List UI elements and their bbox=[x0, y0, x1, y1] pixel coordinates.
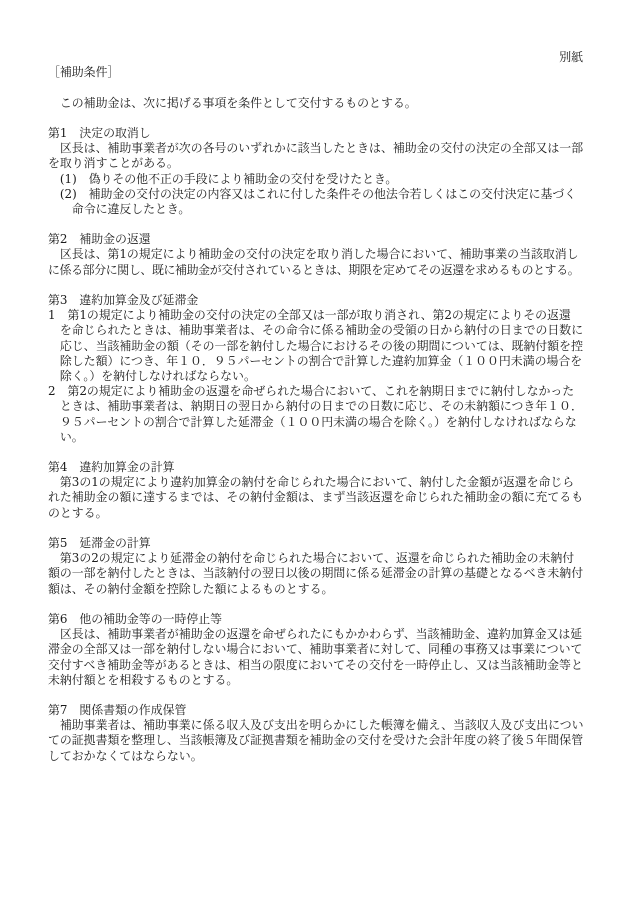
text-line: 額は、その納付金額を控除した額によるものとする。 bbox=[48, 582, 583, 597]
text-line: い。 bbox=[48, 430, 583, 445]
blank-line bbox=[48, 217, 583, 232]
text-line: 補助事業者は、補助事業に係る収入及び支出を明らかにした帳簿を備え、当該収入及び支… bbox=[48, 718, 583, 733]
text-line: 未納付額とを相殺するものとする。 bbox=[48, 673, 583, 688]
blank-line bbox=[48, 445, 583, 460]
text-line: ての証拠書類を整理し、当該帳簿及び証拠書類を補助金の交付を受けた会計年度の終了後… bbox=[48, 733, 583, 748]
text-line: 区長は、補助事業者が補助金の返還を命ぜられたにもかかわらず、当該補助金、違約加算… bbox=[48, 627, 583, 642]
section-7-heading: 第7 関係書類の作成保管 bbox=[48, 703, 583, 718]
blank-line bbox=[48, 597, 583, 612]
blank-line bbox=[48, 111, 583, 126]
doc-title: ［補助条件］ bbox=[48, 65, 583, 80]
document-page: 別紙 ［補助条件］ この補助金は、次に掲げる事項を条件として交付するものとする。… bbox=[0, 0, 630, 903]
text-line: ９５パーセントの割合で計算した延滞金（１００円未満の場合を除く。）を納付しなけれ… bbox=[48, 415, 583, 430]
clause-3-2-line: 2 第2の規定により補助金の返還を命ぜられた場合において、これを納期日までに納付… bbox=[48, 384, 583, 399]
text-line: 額の一部を納付したときは、当該納付の翌日以後の期間に係る延滞金の計算の基礎となる… bbox=[48, 566, 583, 581]
text-line: れた補助金の額に達するまでは、その納付金額は、まず当該返還を命じられた補助金の額… bbox=[48, 490, 583, 505]
section-4-heading: 第4 違約加算金の計算 bbox=[48, 460, 583, 475]
text-line: に係る部分に関し、既に補助金が交付されているときは、期限を定めてその返還を求める… bbox=[48, 263, 583, 278]
text-line: ときは、補助事業者は、納期日の翌日から納付の日までの日数に応じ、その未納額につき… bbox=[48, 399, 583, 414]
text-line: 除した額）につき、年１０．９５パーセントの割合で計算した違約加算金（１００円未満… bbox=[48, 354, 583, 369]
corner-label: 別紙 bbox=[48, 50, 583, 65]
clause-3-1-line: 1 第1の規定により補助金の交付の決定の全部又は一部が取り消され、第2の規定によ… bbox=[48, 308, 583, 323]
text-line: 第3の1の規定により違約加算金の納付を命じられた場合において、納付した金額が返還… bbox=[48, 475, 583, 490]
text-line: しておかなくてはならない。 bbox=[48, 749, 583, 764]
text-line: 応じ、当該補助金の額（その一部を納付した場合におけるその後の期間については、既納… bbox=[48, 339, 583, 354]
blank-line bbox=[48, 521, 583, 536]
text-line: を命じられたときは、補助事業者は、その命令に係る補助金の受領の日から納付の日まで… bbox=[48, 323, 583, 338]
item-2-line: (2) 補助金の交付の決定の内容又はこれに付した条件その他法令若しくはこの交付決… bbox=[48, 187, 583, 202]
blank-line bbox=[48, 80, 583, 95]
text-line: 区長は、第1の規定により補助金の交付の決定を取り消した場合において、補助事業の当… bbox=[48, 247, 583, 262]
text-line: 区長は、補助事業者が次の各号のいずれかに該当したときは、補助金の交付の決定の全部… bbox=[48, 141, 583, 156]
text-line: 第3の2の規定により延滞金の納付を命じられた場合において、返還を命じられた補助金… bbox=[48, 551, 583, 566]
document-body: この補助金は、次に掲げる事項を条件として交付するものとする。第1 決定の取消し区… bbox=[48, 80, 583, 763]
section-5-heading: 第5 延滞金の計算 bbox=[48, 536, 583, 551]
blank-line bbox=[48, 688, 583, 703]
item-1-line: (1) 偽りその他不正の手段により補助金の交付を受けたとき。 bbox=[48, 172, 583, 187]
text-line: を取り消すことがある。 bbox=[48, 156, 583, 171]
blank-line bbox=[48, 278, 583, 293]
text-line: 滞金の全部又は一部を納付しない場合において、補助事業者に対して、同種の事務又は事… bbox=[48, 642, 583, 657]
text-line: 交付すべき補助金等があるときは、相当の限度においてその交付を一時停止し、又は当該… bbox=[48, 658, 583, 673]
text-line: のとする。 bbox=[48, 506, 583, 521]
section-3-heading: 第3 違約加算金及び延滞金 bbox=[48, 293, 583, 308]
text-line: 除く。）を納付しなければならない。 bbox=[48, 369, 583, 384]
text-line: 命令に違反したとき。 bbox=[48, 202, 583, 217]
section-1-heading: 第1 決定の取消し bbox=[48, 126, 583, 141]
section-2-heading: 第2 補助金の返還 bbox=[48, 232, 583, 247]
section-6-heading: 第6 他の補助金等の一時停止等 bbox=[48, 612, 583, 627]
intro-line: この補助金は、次に掲げる事項を条件として交付するものとする。 bbox=[48, 96, 583, 111]
